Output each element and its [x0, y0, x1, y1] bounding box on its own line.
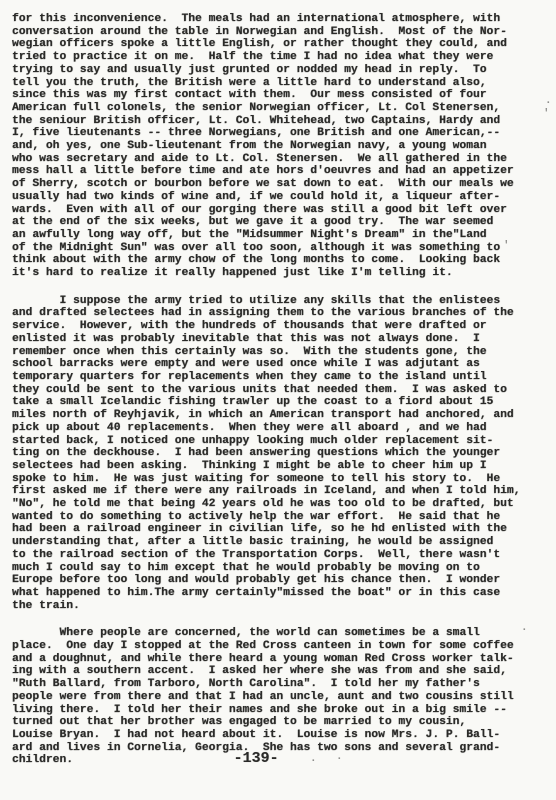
scan-mark: .	[521, 622, 528, 634]
scan-mark: .	[336, 751, 343, 763]
scan-mark: .	[545, 95, 552, 107]
paragraph-railroad-engineer: I suppose the army tried to utilize any …	[12, 295, 548, 613]
paragraph-mess-dinners: for this inconvenience. The meals had an…	[12, 13, 548, 280]
scan-mark: '	[503, 240, 510, 252]
page-number: -139-	[0, 750, 512, 767]
paragraph-red-cross-canteen: Where people are concerned, the world ca…	[12, 627, 548, 767]
scan-mark: .	[310, 753, 317, 765]
typewritten-text-block: for this inconvenience. The meals had an…	[12, 13, 548, 767]
document-page: for this inconvenience. The meals had an…	[0, 0, 556, 800]
scan-mark: '	[543, 108, 550, 120]
